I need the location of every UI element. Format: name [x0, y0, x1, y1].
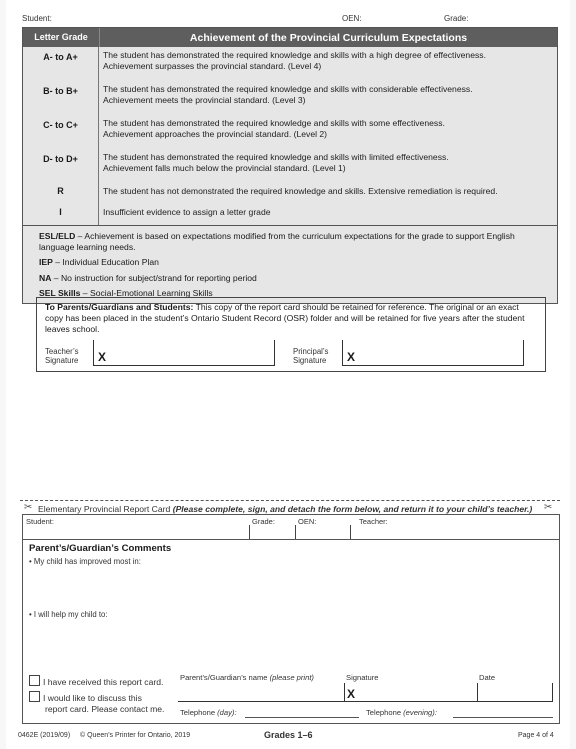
grade-description: The student has not demonstrated the req… — [99, 183, 557, 204]
label-line: Signature — [45, 356, 79, 365]
discuss-checkbox-row[interactable]: I would like to discuss thisreport card.… — [29, 691, 164, 715]
improved-most-field[interactable] — [29, 567, 553, 607]
signature-label: Signature — [346, 673, 379, 682]
grade-description: Insufficient evidence to assign a letter… — [99, 204, 557, 225]
report-card-page: Student: OEN: Grade: Letter Grade Achiev… — [6, 0, 570, 749]
legend-item: ESL/ELD – Achievement is based on expect… — [39, 231, 557, 252]
achievement-header: Achievement of the Provincial Curriculum… — [100, 32, 557, 44]
label-hint: (evening): — [403, 708, 437, 717]
form-oen-label: OEN: — [298, 517, 316, 526]
table-header: Letter Grade Achievement of the Provinci… — [23, 28, 557, 47]
divider — [249, 525, 250, 539]
grade-label: Grade: — [444, 14, 468, 23]
signature-x-mark: X — [347, 352, 355, 363]
phone-evening-label: Telephone (evening): — [366, 708, 437, 717]
letter-grade-table: Letter Grade Achievement of the Provinci… — [22, 27, 558, 304]
description-line: The student has demonstrated the require… — [103, 84, 557, 95]
legend-desc: – Achievement is based on expectations m… — [39, 231, 515, 252]
page-number: Page 4 of 4 — [518, 732, 554, 739]
table-row: C- to C+ The student has demonstrated th… — [23, 115, 557, 149]
grade-description: The student has demonstrated the require… — [99, 115, 557, 149]
description-line: The student has demonstrated the require… — [103, 152, 557, 163]
divider — [350, 525, 351, 539]
legend-term: IEP — [39, 257, 53, 267]
table-row: D- to D+ The student has demonstrated th… — [23, 149, 557, 183]
principal-signature-label: Principal’sSignature — [293, 347, 328, 365]
grade-range: R — [23, 183, 99, 204]
legend-term: NA — [39, 273, 51, 283]
guardian-name-field[interactable] — [178, 683, 344, 701]
phone-evening-field[interactable] — [453, 717, 553, 718]
notice-title: To Parents/Guardians and Students: — [45, 302, 193, 312]
grade-description: The student has demonstrated the require… — [99, 149, 557, 183]
table-row: I Insufficient evidence to assign a lett… — [23, 204, 557, 225]
table-row: R The student has not demonstrated the r… — [23, 183, 557, 204]
legend-term: ESL/ELD — [39, 231, 75, 241]
grade-range: I — [23, 204, 99, 225]
parent-notice-box: To Parents/Guardians and Students: This … — [36, 297, 546, 372]
label-hint: (day): — [217, 708, 236, 717]
grade-range: C- to C+ — [23, 115, 99, 149]
label-text: Telephone — [180, 708, 217, 717]
divider — [295, 525, 296, 539]
guardian-name-label: Parent’s/Guardian’s name (please print) — [180, 673, 314, 682]
legend-desc: – No instruction for subject/strand for … — [51, 273, 256, 283]
checkbox-label: I would like to discuss this — [43, 693, 142, 703]
signature-x-mark: X — [98, 352, 106, 363]
grade-description: The student has demonstrated the require… — [99, 81, 557, 115]
discuss-checkbox[interactable] — [29, 691, 40, 702]
received-checkbox-row[interactable]: I have received this report card. — [29, 675, 163, 688]
legend-desc: – Individual Education Plan — [53, 257, 159, 267]
grade-range: D- to D+ — [23, 149, 99, 183]
received-checkbox[interactable] — [29, 675, 40, 686]
description-line: Achievement surpasses the provincial sta… — [103, 61, 557, 72]
label-text: Telephone — [366, 708, 403, 717]
form-student-info-row: Student: Grade: OEN: Teacher: — [23, 515, 559, 540]
description-line: Achievement approaches the provincial st… — [103, 129, 557, 140]
table-row: A- to A+ The student has demonstrated th… — [23, 47, 557, 81]
label-hint: (please print) — [270, 673, 314, 682]
comments-title: Parent’s/Guardian’s Comments — [29, 543, 171, 554]
principal-signature-field[interactable]: X — [342, 340, 524, 366]
student-label: Student: — [22, 14, 52, 23]
letter-grade-header: Letter Grade — [23, 28, 100, 47]
form-student-label: Student: — [26, 517, 54, 526]
checkbox-label: report card. Please contact me. — [29, 704, 164, 714]
label-line: Signature — [293, 356, 328, 365]
signature-row: Teacher’sSignature X Principal’sSignatur… — [45, 340, 537, 366]
date-label: Date — [479, 673, 495, 682]
form-grade-label: Grade: — [252, 517, 275, 526]
phone-day-field[interactable] — [245, 717, 359, 718]
grade-range: A- to A+ — [23, 47, 99, 81]
detach-cut-line — [20, 500, 560, 501]
description-line: The student has demonstrated the require… — [103, 50, 557, 61]
label-line: Teacher’s — [45, 347, 79, 356]
grade-range: B- to B+ — [23, 81, 99, 115]
date-field[interactable] — [478, 683, 552, 701]
detach-instruction: (Please complete, sign, and detach the f… — [173, 504, 533, 514]
help-child-prompt: • I will help my child to: — [29, 610, 108, 619]
scissors-icon: ✂ — [544, 502, 552, 513]
teacher-signature-field[interactable]: X — [93, 340, 275, 366]
legend-item: NA – No instruction for subject/strand f… — [39, 273, 557, 284]
legend-item: IEP – Individual Education Plan — [39, 257, 557, 268]
form-name: Elementary Provincial Report Card — [38, 504, 173, 514]
checkbox-label: I have received this report card. — [43, 677, 163, 687]
copyright: © Queen’s Printer for Ontario, 2019 — [80, 732, 190, 739]
description-line: Achievement meets the provincial standar… — [103, 95, 557, 106]
improved-most-prompt: • My child has improved most in: — [29, 557, 141, 566]
divider — [552, 683, 553, 702]
phone-day-label: Telephone (day): — [180, 708, 237, 717]
detach-title: Elementary Provincial Report Card (Pleas… — [38, 504, 532, 514]
description-line: The student has demonstrated the require… — [103, 118, 557, 129]
form-code: 0462E (2019/09) — [18, 732, 70, 739]
description-line: Achievement falls much below the provinc… — [103, 163, 557, 174]
teacher-signature-label: Teacher’sSignature — [45, 347, 79, 365]
abbreviation-legend: ESL/ELD – Achievement is based on expect… — [23, 225, 557, 303]
scissors-icon: ✂ — [24, 502, 32, 513]
table-row: B- to B+ The student has demonstrated th… — [23, 81, 557, 115]
parent-response-form: Student: Grade: OEN: Teacher: Parent’s/G… — [22, 514, 560, 724]
guardian-signature-field[interactable]: X — [345, 683, 477, 701]
grades-range: Grades 1–6 — [264, 730, 313, 740]
grade-description: The student has demonstrated the require… — [99, 47, 557, 81]
form-teacher-label: Teacher: — [359, 517, 388, 526]
oen-label: OEN: — [342, 14, 362, 23]
label-text: Parent’s/Guardian’s name — [180, 673, 270, 682]
help-child-field[interactable] — [29, 620, 553, 668]
signature-x-mark: X — [347, 687, 355, 701]
label-line: Principal’s — [293, 347, 328, 356]
